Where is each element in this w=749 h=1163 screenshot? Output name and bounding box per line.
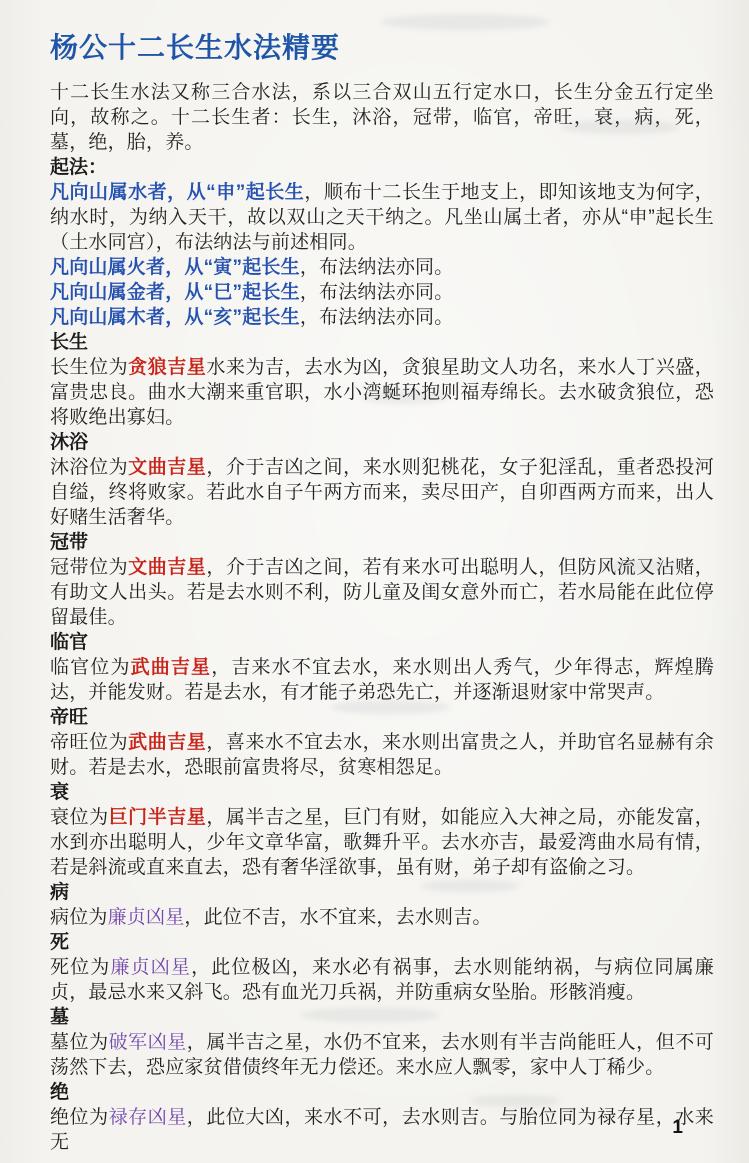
rule-blue-text: 凡向山属木者，从“亥”起长生 xyxy=(50,307,300,328)
rule-blue-text: 凡向山属水者，从“申”起长生 xyxy=(50,182,304,203)
section-heading-muyu: 沐浴 xyxy=(50,430,714,455)
section-heading-shuai: 衰 xyxy=(50,780,714,805)
section-prefix: 衰位为 xyxy=(50,807,109,828)
section-prefix: 帝旺位为 xyxy=(50,732,128,753)
section-prefix: 绝位为 xyxy=(50,1107,109,1128)
section-heading-linguan: 临官 xyxy=(50,630,714,655)
rule-blue-text: 凡向山属金者，从“巳”起长生 xyxy=(50,282,300,303)
intro-paragraph: 十二长生水法又称三合水法，系以三合双山五行定水口，长生分金五行定坐向，故称之。十… xyxy=(50,80,714,155)
star-name: 文曲吉星 xyxy=(128,457,206,478)
method-rule-water: 凡向山属水者，从“申”起长生，顺布十二长生于地支上，即知该地支为何字，纳水时，为… xyxy=(50,180,714,255)
section-body-mu: 墓位为破军凶星，属半吉之星，水仍不宜来，去水则有半吉尚能旺人，但不可荡然下去，恐… xyxy=(50,1030,714,1080)
document-page: 杨公十二长生水法精要 十二长生水法又称三合水法，系以三合双山五行定水口，长生分金… xyxy=(0,0,749,1163)
section-body-diwang: 帝旺位为武曲吉星，喜来水不宜去水，来水则出富贵之人，并助官名显赫有余财。若是去水… xyxy=(50,730,714,780)
star-name: 破军凶星 xyxy=(109,1032,187,1053)
section-prefix: 长生位为 xyxy=(50,357,128,378)
star-name: 武曲吉星 xyxy=(128,732,206,753)
section-prefix: 墓位为 xyxy=(50,1032,109,1053)
section-body-muyu: 沐浴位为文曲吉星，介于吉凶之间，来水则犯桃花，女子犯淫乱，重者恐投河自缢，终将败… xyxy=(50,455,714,530)
method-rule-fire: 凡向山属火者，从“寅”起长生，布法纳法亦同。 xyxy=(50,255,714,280)
page-title: 杨公十二长生水法精要 xyxy=(50,26,713,66)
section-body-linguan: 临官位为武曲吉星，吉来水不宜去水，来水则出人秀气，少年得志，辉煌腾达，并能发财。… xyxy=(50,655,714,705)
section-heading-si: 死 xyxy=(50,930,714,955)
section-body-changsheng: 长生位为贪狼吉星水来为吉，去水为凶，贪狼星助文人功名，来水人丁兴盛，富贵忠良。曲… xyxy=(50,355,714,430)
rule-body-text: ，布法纳法亦同。 xyxy=(300,307,454,328)
method-heading: 起法： xyxy=(50,155,714,180)
section-heading-bing: 病 xyxy=(50,880,714,905)
section-heading-guandai: 冠带 xyxy=(50,530,714,555)
section-text: ，此位不吉，水不宜来，去水则吉。 xyxy=(184,907,491,928)
section-heading-jue: 绝 xyxy=(50,1080,714,1105)
star-name: 廉贞凶星 xyxy=(108,907,185,928)
section-heading-changsheng: 长生 xyxy=(50,330,714,355)
star-name: 廉贞凶星 xyxy=(110,957,191,978)
star-name: 武曲吉星 xyxy=(131,657,212,678)
rule-body-text: ，布法纳法亦同。 xyxy=(300,282,454,303)
section-body-shuai: 衰位为巨门半吉星，属半吉之星，巨门有财，如能应入大神之局，亦能发富，水到亦出聪明… xyxy=(50,805,714,880)
star-name: 巨门半吉星 xyxy=(109,807,207,828)
section-prefix: 临官位为 xyxy=(50,657,131,678)
method-rule-wood: 凡向山属木者，从“亥”起长生，布法纳法亦同。 xyxy=(50,305,714,330)
section-prefix: 病位为 xyxy=(50,907,108,928)
section-body-jue: 绝位为禄存凶星，此位大凶，来水不可，去水则吉。与胎位同为禄存星，水来无 xyxy=(50,1105,714,1155)
star-name: 文曲吉星 xyxy=(128,557,206,578)
rule-body-text: ，布法纳法亦同。 xyxy=(300,257,454,278)
rule-blue-text: 凡向山属火者，从“寅”起长生 xyxy=(50,257,300,278)
section-body-bing: 病位为廉贞凶星，此位不吉，水不宜来，去水则吉。 xyxy=(50,905,714,930)
section-prefix: 死位为 xyxy=(50,957,110,978)
section-heading-mu: 墓 xyxy=(50,1005,714,1030)
page-number: 1 xyxy=(672,1117,683,1139)
section-body-guandai: 冠带位为文曲吉星，介于吉凶之间，若有来水可出聪明人，但防风流又沾赌，有助文人出头… xyxy=(50,555,714,630)
section-heading-diwang: 帝旺 xyxy=(50,705,714,730)
star-name: 禄存凶星 xyxy=(109,1107,187,1128)
method-rule-metal: 凡向山属金者，从“巳”起长生，布法纳法亦同。 xyxy=(50,280,714,305)
section-prefix: 沐浴位为 xyxy=(50,457,128,478)
star-name: 贪狼吉星 xyxy=(128,357,206,378)
section-prefix: 冠带位为 xyxy=(50,557,128,578)
section-body-si: 死位为廉贞凶星，此位极凶，来水必有祸事，去水则能纳祸，与病位同属廉贞，最忌水来又… xyxy=(50,955,714,1005)
